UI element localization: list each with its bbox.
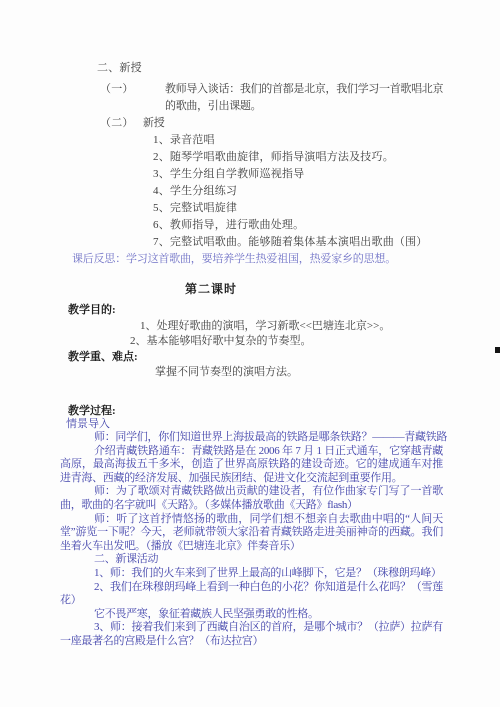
teaching-goals-heading: 教学目的: <box>68 303 443 319</box>
teaching-goal: 2、基本能够唱好歌中复杂的节奏型。 <box>130 334 443 350</box>
item-text: 新授 <box>143 115 164 132</box>
ink-dot-artifact <box>495 347 500 353</box>
process-paragraph: 师：为了歌颂对青藏铁路做出贡献的建设者，有位作曲家专门写了一首歌曲，歌曲的名字就… <box>60 485 443 512</box>
key-point-text: 掌握不同节奏型的演唱方法。 <box>155 365 443 381</box>
activity-question: 3、师：接着我们来到了西藏自治区的首府，是哪个城市？（拉萨）拉萨有一座最著名的宫… <box>60 621 443 648</box>
item-label: （一） <box>100 81 134 98</box>
lesson-step: 1、录音范唱 <box>153 132 446 149</box>
scenario-intro-label: 情景导入 <box>66 418 443 432</box>
teaching-goal: 1、处理好歌曲的演唱，学习新歌<<巴塘连北京>>。 <box>140 319 443 335</box>
activity-question: 1、师：我们的火车来到了世界上最高的山峰脚下，它是？（珠穆朗玛峰） <box>60 567 443 581</box>
section-heading-new-teaching: 二、新授 <box>97 60 446 77</box>
lesson1-section: 二、新授 （一） 教师导入谈话：我们的首都是北京，我们学习一首歌唱北京的歌曲，引… <box>60 60 446 268</box>
reflection-note: 课后反思：学习这首歌曲，要培养学生热爱祖国，热爱家乡的思想。 <box>72 251 446 268</box>
lesson-step: 6、教师指导，进行歌曲处理。 <box>153 217 446 234</box>
item-text: 教师导入谈话：我们的首都是北京，我们学习一首歌唱北京的歌曲，引出课题。 <box>165 81 446 115</box>
item-label: （二） <box>100 115 134 132</box>
list-item-new-teaching: （二） 新授 <box>60 115 446 132</box>
process-paragraph: 师：听了这首抒情悠扬的歌曲，同学们想不想亲自去歌曲中唱的“人间天堂”游览一下呢？… <box>60 513 443 554</box>
lesson-step: 2、随琴学唱歌曲旋律，师指导演唱方法及技巧。 <box>153 149 446 166</box>
lesson-step: 5、完整试唱旋律 <box>153 200 446 217</box>
activity-question: 2、我们在珠穆朗玛峰上看到一种白色的小花？你知道是什么花吗？（雪莲花） <box>60 581 443 608</box>
teaching-process-heading: 教学过程: <box>68 404 443 418</box>
process-paragraph: 介绍青藏铁路通车：青藏铁路是在 2006 年 7 月 1 日正式通车，它穿越青藏… <box>60 445 443 486</box>
lesson-step: 3、学生分组自学教师巡视指导 <box>153 166 446 183</box>
key-points-heading: 教学重、难点: <box>68 350 443 366</box>
activity-note: 它不畏严寒，象征着藏族人民坚强勇敢的性格。 <box>60 608 443 622</box>
lesson-step: 7、完整试唱歌曲。能够随着集体基本演唱出歌曲（围） <box>153 234 446 251</box>
lesson2-section: 第二课时 教学目的: 1、处理好歌曲的演唱，学习新歌<<巴塘连北京>>。 2、基… <box>60 281 443 649</box>
activity-heading: 二、新课活动 <box>60 553 443 567</box>
lesson-step: 4、学生分组练习 <box>153 183 446 200</box>
list-item-intro: （一） 教师导入谈话：我们的首都是北京，我们学习一首歌唱北京的歌曲，引出课题。 <box>60 81 446 115</box>
lesson2-title: 第二课时 <box>185 281 443 297</box>
document-page: 二、新授 （一） 教师导入谈话：我们的首都是北京，我们学习一首歌唱北京的歌曲，引… <box>0 0 500 707</box>
process-paragraph: 师：同学们，你们知道世界上海拔最高的铁路是哪条铁路？———青藏铁路 <box>60 431 443 445</box>
